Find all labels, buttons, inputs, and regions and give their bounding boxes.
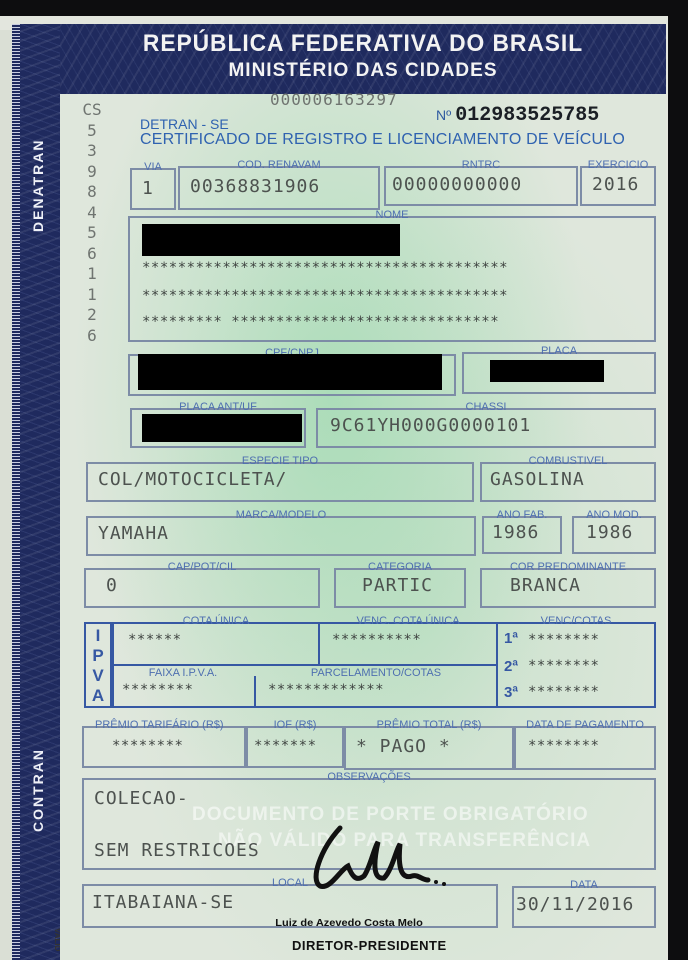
especie-label: ESPECIE TIPO xyxy=(239,455,321,467)
ipva-section-label: IPVA xyxy=(84,622,112,708)
header-banner: REPÚBLICA FEDERATIVA DO BRASIL MINISTÉRI… xyxy=(60,24,666,94)
premio-total-label: PRÊMIO TOTAL (R$) xyxy=(374,719,485,731)
field-ano-mod: ANO MOD. 1986 xyxy=(572,516,656,554)
ipva-letter: A xyxy=(86,686,110,706)
serial-digit: CS xyxy=(82,100,102,121)
serial-digit: 1 xyxy=(82,285,102,306)
venc-cotas-label: VENC/COTAS xyxy=(538,615,615,627)
premio-tarifario-value: ******** xyxy=(112,738,183,754)
field-placa-anterior: PLACA ANT/UF xyxy=(130,408,306,448)
signer-title: DIRETOR-PRESIDENTE xyxy=(292,938,447,953)
serial-column: CS53984561126 xyxy=(82,100,102,346)
premio-total-value: * PAGO * xyxy=(356,736,451,757)
country-title: REPÚBLICA FEDERATIVA DO BRASIL xyxy=(75,30,651,58)
serial-digit: 1 xyxy=(82,264,102,285)
field-data: DATA 30/11/2016 xyxy=(512,886,656,928)
cota-1-ord: 1ª xyxy=(504,630,518,647)
ano-fab-label: ANO FAB. xyxy=(494,509,551,521)
serial-digit: 6 xyxy=(82,326,102,347)
chassi-value: 9C61YH000G0000101 xyxy=(330,415,531,436)
cap-value: 0 xyxy=(106,575,118,596)
iof-value: ******* xyxy=(254,738,317,754)
field-chassi: CHASSI 9C61YH000G0000101 xyxy=(316,408,656,448)
data-pagamento-value: ******** xyxy=(528,738,599,754)
via-label: VIA xyxy=(141,161,165,173)
marca-label: MARCA/MODELO xyxy=(233,509,329,521)
combustivel-label: COMBUSTIVEL xyxy=(526,455,611,467)
serial-digit: 4 xyxy=(82,203,102,224)
venc-cota-unica-label: VENC. COTA ÚNICA xyxy=(353,615,462,627)
parcelamento-value: ************* xyxy=(268,682,384,698)
serial-digit: 3 xyxy=(82,141,102,162)
data-label: DATA xyxy=(567,879,601,891)
marca-value: YAMAHA xyxy=(98,523,169,544)
ipva-divider xyxy=(112,664,498,666)
denatran-label: DENATRAN xyxy=(30,138,46,232)
renavam-label: COD. RENAVAM xyxy=(234,159,323,171)
cap-label: CAP/POT/CIL xyxy=(165,561,239,573)
document-title: CERTIFICADO DE REGISTRO E LICENCIAMENTO … xyxy=(140,131,625,149)
rntrc-value: 00000000000 xyxy=(392,174,522,195)
document-number: Nº012983525785 xyxy=(436,104,599,127)
via-value: 1 xyxy=(142,178,154,199)
number-value: 012983525785 xyxy=(455,104,599,127)
chassi-label: CHASSI xyxy=(463,401,510,413)
field-cap-pot-cil: CAP/POT/CIL 0 xyxy=(84,568,320,608)
microprint-ticks xyxy=(12,24,20,960)
field-categoria: CATEGORIA PARTIC xyxy=(334,568,466,608)
observacoes-line-1: COLECAO- xyxy=(94,788,189,809)
contran-label: CONTRAN xyxy=(30,748,46,832)
field-premio-total: PRÊMIO TOTAL (R$) * PAGO * xyxy=(344,726,514,770)
field-exercicio: EXERCICIO 2016 xyxy=(580,166,656,206)
serial-digit: 5 xyxy=(82,223,102,244)
iof-label: IOF (R$) xyxy=(271,719,320,731)
ano-mod-value: 1986 xyxy=(586,522,633,543)
ministry-title: MINISTÉRIO DAS CIDADES xyxy=(60,60,666,82)
local-value: ITABAIANA-SE xyxy=(92,892,234,913)
field-marca-modelo: MARCA/MODELO YAMAHA xyxy=(86,516,476,556)
venc-cota-unica-value: ********** xyxy=(332,632,421,648)
cor-label: COR PREDOMINANTE xyxy=(507,561,629,573)
cor-value: BRANCA xyxy=(510,575,581,596)
serial-digit: 6 xyxy=(82,244,102,265)
renavam-value: 00368831906 xyxy=(190,176,320,197)
field-especie-tipo: ESPECIE TIPO COL/MOTOCICLETA/ xyxy=(86,462,474,502)
field-rntrc: RNTRC 00000000000 xyxy=(384,166,578,206)
data-value: 30/11/2016 xyxy=(516,894,634,915)
field-premio-tarifario: PRÊMIO TARIFÁRIO (R$) ******** xyxy=(82,726,246,768)
faixa-value: ******** xyxy=(122,682,193,698)
field-renavam: COD. RENAVAM 00368831906 xyxy=(178,166,380,210)
field-iof: IOF (R$) ******* xyxy=(246,726,344,768)
ipva-letter: I xyxy=(86,626,110,646)
field-venc-cotas: VENC/COTAS 1ª ******** 2ª ******** 3ª **… xyxy=(496,622,656,708)
redacted-placa-ant xyxy=(142,414,302,442)
categoria-label: CATEGORIA xyxy=(365,561,435,573)
combustivel-value: GASOLINA xyxy=(490,469,585,490)
rntrc-label: RNTRC xyxy=(459,159,504,171)
signer-name: Luiz de Azevedo Costa Melo xyxy=(275,918,423,929)
ano-fab-value: 1986 xyxy=(492,522,539,543)
serial-digit: 2 xyxy=(82,305,102,326)
field-placa: PLACA xyxy=(462,352,656,394)
issuer: DETRAN - SE xyxy=(140,116,229,132)
number-prefix: Nº xyxy=(436,107,451,123)
redacted-name xyxy=(142,224,400,256)
control-number: 000006163297 xyxy=(270,90,398,109)
field-venc-cota-unica: VENC. COTA ÚNICA ********** xyxy=(318,622,498,666)
serial-digit: 5 xyxy=(82,121,102,142)
nome-line-3: ********* ****************************** xyxy=(142,314,499,330)
serial-digit: 9 xyxy=(82,162,102,183)
field-data-pagamento: DATA DE PAGAMENTO ******** xyxy=(514,726,656,770)
cota-3-ord: 3ª xyxy=(504,684,518,701)
placa-label: PLACA xyxy=(538,345,580,357)
field-parcelamento: PARCELAMENTO/COTAS ************* xyxy=(256,676,496,706)
faixa-label: FAIXA I.P.V.A. xyxy=(146,667,221,679)
field-combustivel: COMBUSTIVEL GASOLINA xyxy=(480,462,656,502)
cota-1-value: ******** xyxy=(528,632,599,648)
observacoes-line-2: SEM RESTRICOES xyxy=(94,840,260,861)
exercicio-label: EXERCICIO xyxy=(585,159,652,171)
field-faixa-ipva: FAIXA I.P.V.A. ******** xyxy=(112,676,254,706)
exercicio-value: 2016 xyxy=(592,174,639,195)
especie-value: COL/MOTOCICLETA/ xyxy=(98,469,287,490)
nome-label: NOME xyxy=(373,209,412,221)
field-cpf-cnpj: CPF/CNPJ xyxy=(128,354,456,396)
observacoes-label: OBSERVAÇÕES xyxy=(324,771,413,783)
field-ano-fab: ANO FAB. 1986 xyxy=(482,516,562,554)
cota-3-value: ******** xyxy=(528,684,599,700)
field-cota-unica: COTA ÚNICA ****** xyxy=(112,622,320,666)
cota-2-value: ******** xyxy=(528,658,599,674)
redacted-placa xyxy=(490,360,604,382)
field-cor: COR PREDOMINANTE BRANCA xyxy=(480,568,656,608)
ano-mod-label: ANO MOD. xyxy=(583,509,645,521)
data-pagamento-label: DATA DE PAGAMENTO xyxy=(523,719,647,731)
nome-line-2: ****************************************… xyxy=(142,288,508,304)
serial-digit: 8 xyxy=(82,182,102,203)
placa-ant-label: PLACA ANT/UF xyxy=(176,401,260,413)
redacted-cpf xyxy=(138,354,442,390)
categoria-value: PARTIC xyxy=(362,575,433,596)
field-via: VIA 1 xyxy=(130,168,176,210)
ipva-letter: V xyxy=(86,666,110,686)
field-nome: NOME ***********************************… xyxy=(128,216,656,342)
ipva-letter: P xyxy=(86,646,110,666)
premio-tarifario-label: PRÊMIO TARIFÁRIO (R$) xyxy=(92,719,227,731)
parcelamento-label: PARCELAMENTO/COTAS xyxy=(308,667,444,679)
cota-unica-value: ****** xyxy=(128,632,182,648)
nome-line-1: ****************************************… xyxy=(142,260,508,276)
signature-icon xyxy=(300,820,450,900)
cota-unica-label: COTA ÚNICA xyxy=(180,615,252,627)
cota-2-ord: 2ª xyxy=(504,658,518,675)
